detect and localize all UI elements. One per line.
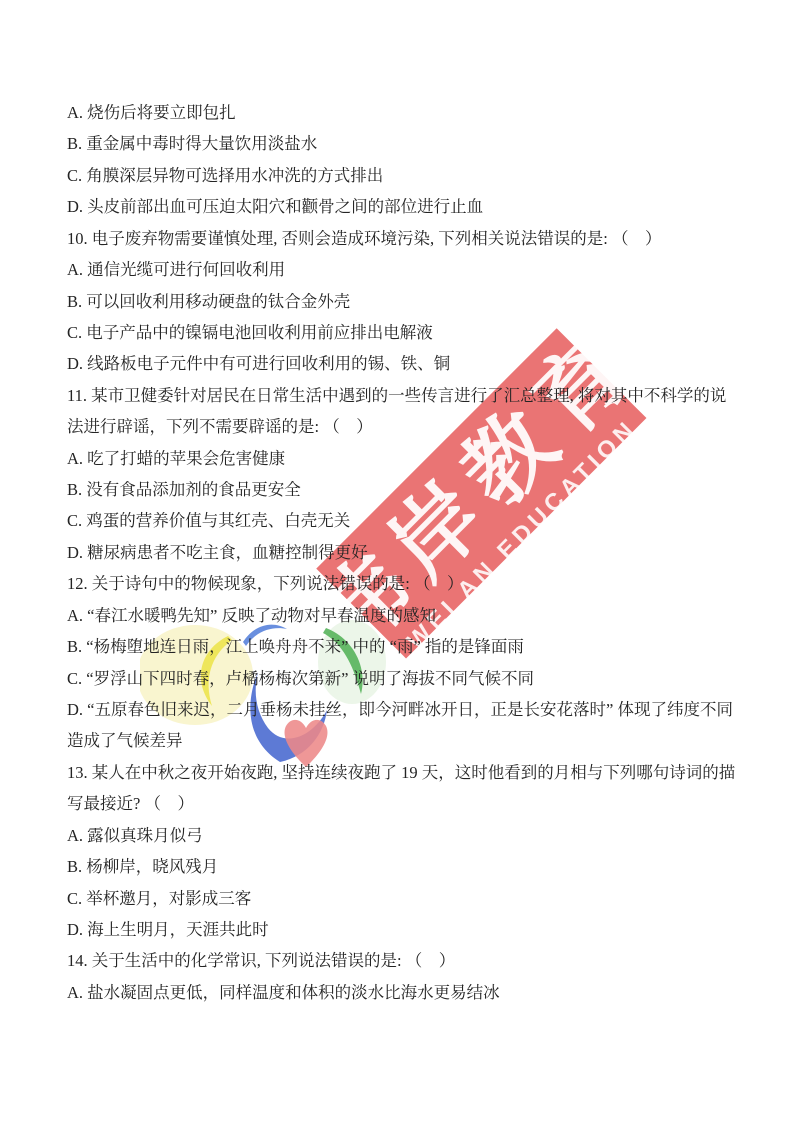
- text-line: B. 重金属中毒时得大量饮用淡盐水: [67, 128, 757, 159]
- text-line: D. 头皮前部出血可压迫太阳穴和颧骨之间的部位进行止血: [67, 191, 757, 222]
- text-line: 造成了气候差异: [67, 725, 757, 756]
- text-line: D. 线路板电子元件中有可进行回收利用的锡、铁、铜: [67, 348, 757, 379]
- text-line: 12. 关于诗句中的物候现象，下列说法错误的是: （ ）: [67, 568, 757, 599]
- text-line: D. 糖尿病患者不吃主食，血糖控制得更好: [67, 537, 757, 568]
- document-text: A. 烧伤后将要立即包扎 B. 重金属中毒时得大量饮用淡盐水 C. 角膜深层异物…: [67, 97, 757, 1008]
- text-line: 13. 某人在中秋之夜开始夜跑, 坚持连续夜跑了 19 天，这时他看到的月相与下…: [67, 757, 757, 788]
- text-line: B. 没有食品添加剂的食品更安全: [67, 474, 757, 505]
- text-line: 11. 某市卫健委针对居民在日常生活中遇到的一些传言进行了汇总整理, 将对其中不…: [67, 380, 757, 411]
- text-line: C. 电子产品中的镍镉电池回收利用前应排出电解液: [67, 317, 757, 348]
- text-line: A. 露似真珠月似弓: [67, 820, 757, 851]
- text-line: A. 通信光缆可进行何回收利用: [67, 254, 757, 285]
- exam-page: 伟岸教育 WEI AN EDUCATION A. 烧伤后将要立即包扎 B. 重金…: [0, 0, 800, 1131]
- text-line: 10. 电子废弃物需要谨慎处理, 否则会造成环境污染, 下列相关说法错误的是: …: [67, 223, 757, 254]
- text-line: A. 盐水凝固点更低，同样温度和体积的淡水比海水更易结冰: [67, 977, 757, 1008]
- text-line: A. 烧伤后将要立即包扎: [67, 97, 757, 128]
- text-line: A. “春江水暖鸭先知” 反映了动物对早春温度的感知: [67, 600, 757, 631]
- text-line: 14. 关于生活中的化学常识, 下列说法错误的是: （ ）: [67, 945, 757, 976]
- text-line: B. 杨柳岸，晓风残月: [67, 851, 757, 882]
- text-line: C. 举杯邀月，对影成三客: [67, 883, 757, 914]
- text-line: B. “杨梅堕地连日雨，江上唤舟舟不来” 中的 “雨” 指的是锋面雨: [67, 631, 757, 662]
- text-line: 法进行辟谣，下列不需要辟谣的是: （ ）: [67, 411, 757, 442]
- text-line: C. “罗浮山下四时春，卢橘杨梅次第新” 说明了海拔不同气候不同: [67, 663, 757, 694]
- text-line: C. 角膜深层异物可选择用水冲洗的方式排出: [67, 160, 757, 191]
- text-line: D. 海上生明月，天涯共此时: [67, 914, 757, 945]
- text-line: D. “五原春色旧来迟，二月垂杨未挂丝，即今河畔冰开日，正是长安花落时” 体现了…: [67, 694, 757, 725]
- text-line: 写最接近? （ ）: [67, 788, 757, 819]
- text-line: A. 吃了打蜡的苹果会危害健康: [67, 443, 757, 474]
- text-line: C. 鸡蛋的营养价值与其红壳、白壳无关: [67, 505, 757, 536]
- text-line: B. 可以回收利用移动硬盘的钛合金外壳: [67, 286, 757, 317]
